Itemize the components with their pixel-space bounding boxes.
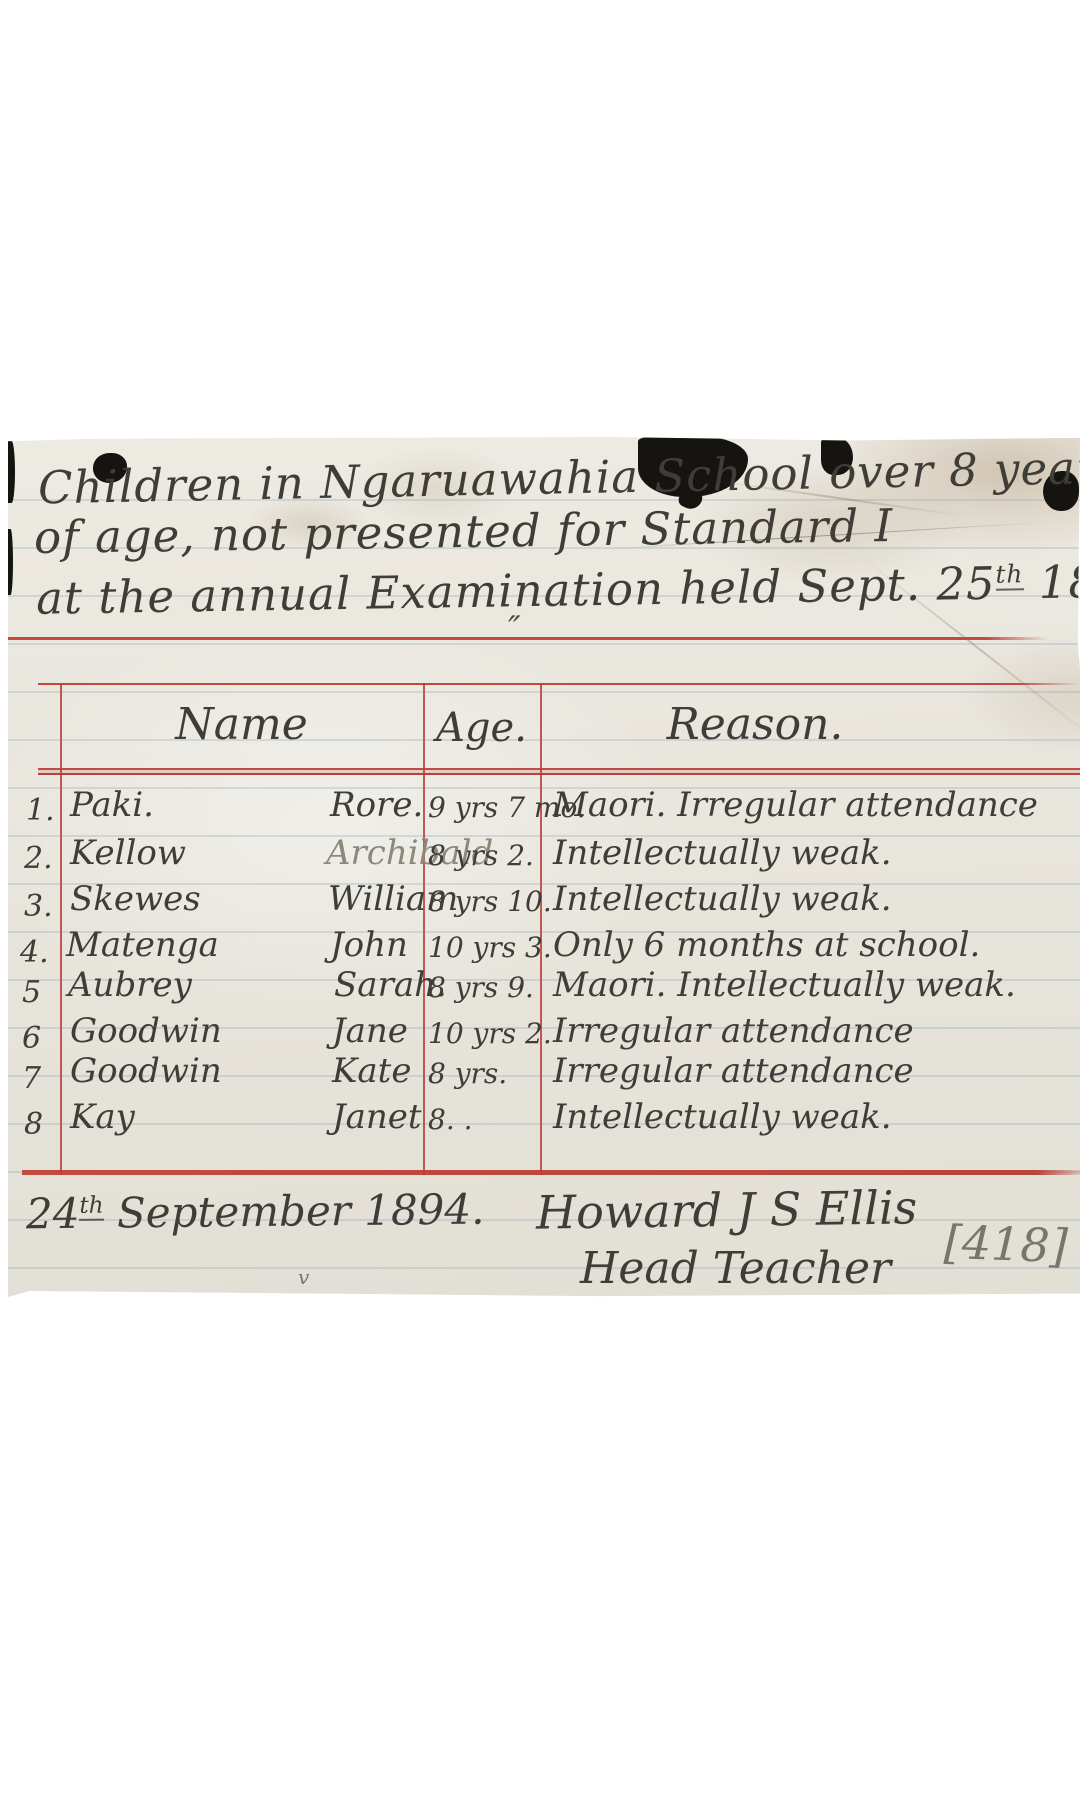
student-age: 10 yrs 3. bbox=[428, 931, 552, 964]
student-reason: Intellectually weak. bbox=[553, 1097, 892, 1137]
table-age-reason-rule bbox=[540, 683, 542, 1175]
student-surname: Goodwin bbox=[70, 1011, 222, 1051]
column-header-age: Age. bbox=[423, 705, 540, 751]
student-forename: John bbox=[330, 925, 408, 965]
table-bottom-rule bbox=[22, 1170, 1080, 1175]
column-header-reason: Reason. bbox=[540, 699, 970, 750]
paper-sheet: Children in Ngaruawahia School over 8 ye… bbox=[8, 437, 1080, 1297]
student-surname: Kellow bbox=[70, 833, 186, 873]
student-age: 10 yrs 2. bbox=[428, 1017, 552, 1050]
footer-date: 24th September 1894. bbox=[26, 1185, 485, 1239]
scan-page: Children in Ngaruawahia School over 8 ye… bbox=[0, 0, 1080, 1800]
table-header-rule bbox=[38, 768, 1080, 775]
student-surname: Goodwin bbox=[70, 1051, 222, 1091]
torn-left-edge-dark-1 bbox=[8, 441, 15, 503]
row-number: 5 bbox=[22, 975, 41, 1010]
row-number: 8 bbox=[24, 1107, 43, 1142]
student-age: 8 yrs. bbox=[428, 1057, 507, 1090]
student-reason: Irregular attendance bbox=[553, 1011, 914, 1051]
title-line-3-year: 1894 bbox=[1023, 554, 1080, 609]
student-reason: Intellectually weak. bbox=[553, 833, 892, 873]
table-name-age-rule bbox=[423, 683, 425, 1175]
student-forename: Jane bbox=[332, 1011, 408, 1051]
student-reason: Intellectually weak. bbox=[553, 879, 892, 919]
title-line-3: at the annual Examination held Sept. 25t… bbox=[36, 554, 1080, 625]
student-forename: Rore. bbox=[330, 785, 423, 825]
title-ordinal-suffix: th bbox=[995, 559, 1023, 590]
student-reason: Irregular attendance bbox=[553, 1051, 914, 1091]
column-header-name: Name bbox=[60, 699, 423, 750]
table-top-rule bbox=[38, 683, 1080, 685]
student-forename: Kate bbox=[332, 1051, 411, 1091]
footer-date-day: 24 bbox=[26, 1189, 80, 1239]
student-surname: Paki. bbox=[70, 785, 154, 825]
row-number: 7 bbox=[22, 1061, 41, 1096]
pencil-tick-mark: v bbox=[298, 1265, 309, 1289]
row-number: 3. bbox=[24, 889, 53, 924]
student-surname: Aubrey bbox=[68, 965, 192, 1005]
ditto-mark: ″ bbox=[508, 609, 521, 649]
student-forename: Janet bbox=[332, 1097, 422, 1137]
title-line-2: of age, not presented for Standard I bbox=[34, 499, 894, 564]
student-age: 8 yrs 2. bbox=[428, 839, 534, 872]
row-number: 1. bbox=[26, 793, 55, 828]
signature: Howard J S Ellis bbox=[536, 1180, 918, 1239]
row-number: 6 bbox=[22, 1021, 41, 1056]
student-reason: Maori. Irregular attendance bbox=[553, 785, 1038, 825]
catalog-number: [418] bbox=[943, 1215, 1069, 1273]
student-reason: Maori. Intellectually weak. bbox=[553, 965, 1016, 1005]
signature-role: Head Teacher bbox=[580, 1243, 891, 1294]
student-age: 8. . bbox=[428, 1103, 473, 1136]
table-left-rule bbox=[60, 683, 62, 1175]
student-reason: Only 6 months at school. bbox=[553, 925, 980, 965]
row-number: 4. bbox=[20, 935, 49, 970]
student-surname: Kay bbox=[70, 1097, 135, 1137]
torn-left-edge-dark-2 bbox=[8, 529, 13, 595]
student-surname: Skewes bbox=[70, 879, 201, 919]
student-age: 8 yrs 9. bbox=[428, 971, 534, 1004]
footer-date-ordinal: th bbox=[79, 1193, 103, 1221]
student-age: 8 yrs 10. bbox=[428, 885, 552, 918]
red-rule-heading bbox=[8, 637, 1048, 640]
footer-date-rest: September 1894. bbox=[103, 1185, 484, 1238]
row-number: 2. bbox=[24, 841, 53, 876]
student-surname: Matenga bbox=[66, 925, 219, 965]
